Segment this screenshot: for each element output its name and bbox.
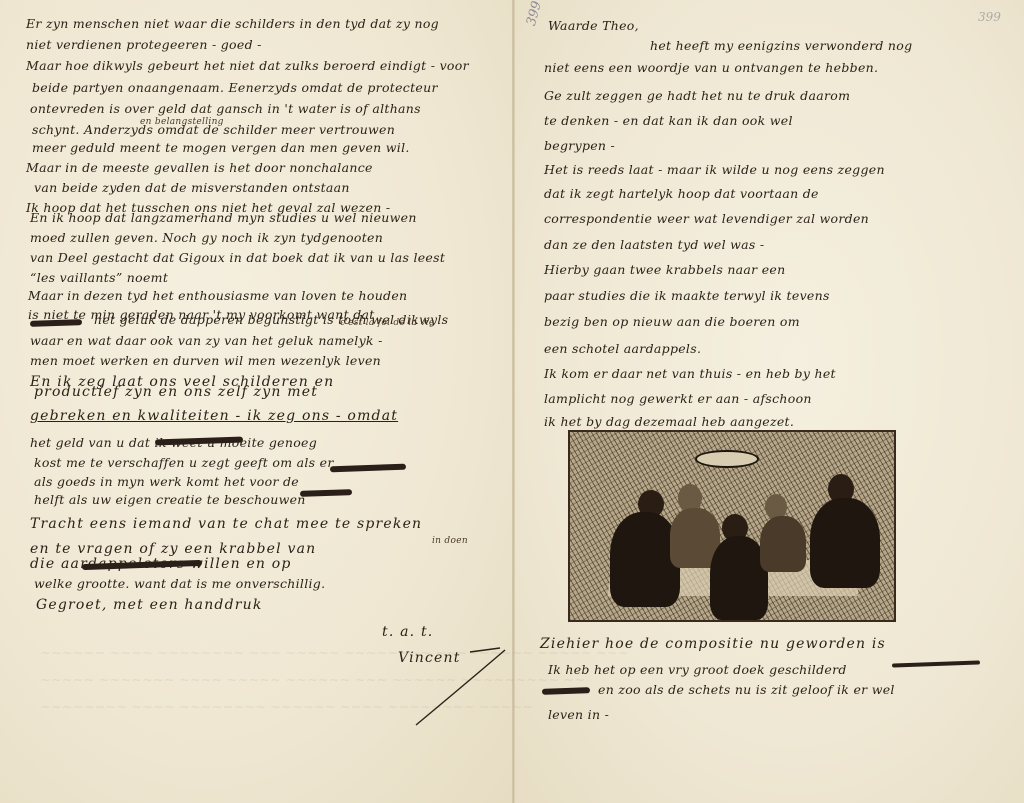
- salutation: Waarde Theo,: [548, 18, 639, 33]
- text-line: te denken - en dat kan ik dan ook wel: [544, 113, 793, 128]
- text-line: Ik heb het op een vry groot doek geschil…: [548, 662, 847, 677]
- text-line: lamplicht nog gewerkt er aan - afschoon: [544, 391, 812, 406]
- text-line: bezig ben op nieuw aan die boeren om: [544, 314, 800, 329]
- interlinear-note: c'est la foi de la vie: [340, 318, 434, 328]
- text-line: gebreken en kwaliteiten - ik zeg ons - o…: [30, 408, 398, 424]
- text-line: niet verdienen protegeeren - goed -: [26, 37, 262, 52]
- text-line: meer geduld meent te mogen vergen dan me…: [32, 140, 410, 155]
- text-line: die aardappeleters willen en op: [30, 556, 292, 572]
- archive-number-right: 399: [978, 10, 1001, 24]
- text-line: leven in -: [548, 707, 609, 722]
- text-line: En ik hoop dat langzamerhand myn studies…: [30, 210, 417, 225]
- text-line: Ziehier hoe de compositie nu geworden is: [540, 636, 886, 652]
- text-line: moed zullen geven. Noch gy noch ik zyn t…: [30, 230, 383, 245]
- text-line: Hierby gaan twee krabbels naar een: [544, 262, 785, 277]
- text-line: en zoo als de schets nu is zit geloof ik…: [598, 682, 895, 697]
- text-line: niet eens een woordje van u ontvangen te…: [544, 60, 878, 75]
- text-line: als goeds in myn werk komt het voor de: [34, 474, 299, 489]
- potato-eaters-sketch: [568, 430, 896, 622]
- text-line: Gegroet, met een handdruk: [36, 597, 263, 613]
- text-line: begrypen -: [544, 138, 615, 153]
- text-line: Ik kom er daar net van thuis - en heb by…: [544, 366, 836, 381]
- text-line: Er zyn menschen niet waar die schilders …: [26, 16, 439, 31]
- figure-woman-right-pouring: [810, 498, 880, 588]
- text-line: helft als uw eigen creatie te beschouwen: [34, 492, 306, 507]
- text-line: Tracht eens iemand van te chat mee te sp…: [30, 516, 422, 532]
- text-line: Maar hoe dikwyls gebeurt het niet dat zu…: [26, 58, 469, 73]
- hanging-lamp: [695, 450, 759, 468]
- text-line: dan ze den laatsten tyd wel was -: [544, 237, 764, 252]
- text-line: “les vaillants” noemt: [30, 270, 168, 285]
- text-line: het heeft my eenigzins verwonderd nog: [650, 38, 912, 53]
- text-line: een schotel aardappels.: [544, 341, 701, 356]
- text-line: van Deel gestacht dat Gigoux in dat boek…: [30, 250, 445, 265]
- text-line: Ge zult zeggen ge hadt het nu te druk da…: [544, 88, 850, 103]
- interlinear-note: in doen: [432, 536, 468, 546]
- closing: t. a. t.: [382, 624, 433, 640]
- text-line: waar en wat daar ook van zy van het gelu…: [30, 333, 383, 348]
- text-line: men moet werken en durven wil men wezenl…: [30, 353, 381, 368]
- text-line: correspondentie weer wat levendiger zal …: [544, 211, 869, 226]
- text-line: en te vragen of zy een krabbel van: [30, 541, 316, 557]
- text-line: ik het by dag dezemaal heb aangezet.: [544, 414, 794, 429]
- text-line: welke grootte. want dat is me onverschil…: [34, 576, 325, 591]
- text-line: paar studies die ik maakte terwyl ik tev…: [544, 288, 830, 303]
- text-line: dat ik zegt hartelyk hoop dat voortaan d…: [544, 186, 819, 201]
- text-line: ontevreden is over geld dat gansch in 't…: [30, 101, 421, 116]
- text-line: van beide zyden dat de misverstanden ont…: [34, 180, 350, 195]
- text-line: Het is reeds laat - maar ik wilde u nog …: [544, 162, 885, 177]
- text-line: beide partyen onaangenaam. Eenerzyds omd…: [32, 80, 438, 95]
- text-line: productief zyn en ons zelf zyn met: [34, 384, 318, 400]
- text-line: Maar in dezen tyd het enthousiasme van l…: [28, 288, 407, 303]
- page-fold: [512, 0, 515, 803]
- interlinear-note: en belangstelling: [140, 117, 224, 127]
- figure-woman-right-center: [760, 516, 806, 572]
- signature-flourish: [410, 640, 510, 730]
- text-line: Maar in de meeste gevallen is het door n…: [26, 160, 373, 175]
- text-line: kost me te verschaffen u zegt geeft om a…: [34, 455, 334, 470]
